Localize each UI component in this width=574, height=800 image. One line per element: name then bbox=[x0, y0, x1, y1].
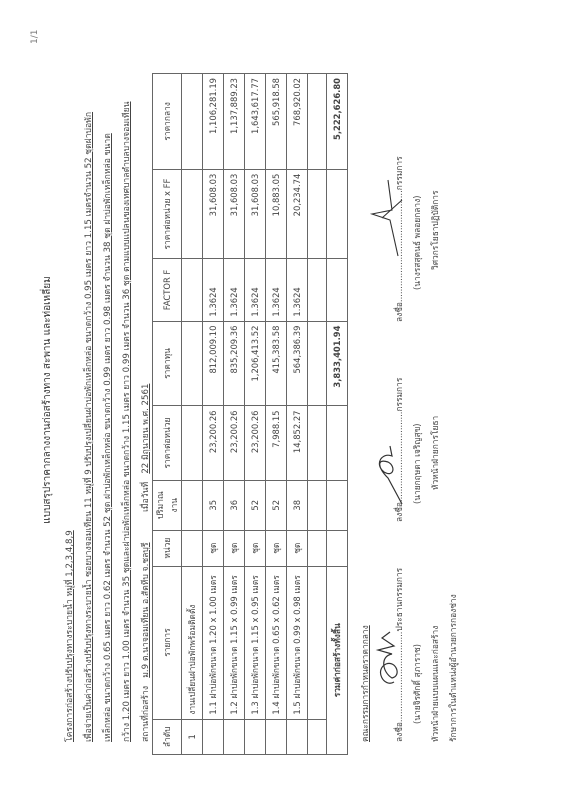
cell-unit-ff: 10,883.05 bbox=[266, 169, 287, 259]
cell-mid-price: 1,643,617.77 bbox=[245, 74, 266, 170]
signer-title-1b: รักษาการในตำแหน่งผู้อำนวยการกองช่าง bbox=[446, 594, 460, 742]
purpose-line-1: เพื่อจ่ายเป็นค่าก่อสร้างปรับปรุงทางระบาย… bbox=[81, 112, 95, 742]
signature-mark-3 bbox=[362, 170, 406, 260]
date-line: เมื่อวันที่ 22 มิถุนายน พ.ศ. 2561 bbox=[138, 384, 152, 512]
cell-desc: 1.1 ฝาบ่อพักขนาด 1.20 x 1.00 เมตร bbox=[203, 566, 224, 719]
cell-qty: 36 bbox=[224, 480, 245, 530]
table-row: 1.5 ฝาบ่อพักขนาด 0.99 x 0.98 เมตรชุด3814… bbox=[287, 74, 308, 755]
cell-unit: ชุด bbox=[203, 530, 224, 566]
cell-qty: 35 bbox=[203, 480, 224, 530]
cell-unit-price: 7,988.15 bbox=[266, 406, 287, 480]
date-label: เมื่อวันที่ bbox=[141, 482, 151, 512]
table-total-row: รวมค่าก่อสร้างทั้งสิ้น3,833,401.945,222,… bbox=[327, 74, 348, 755]
cell-qty: 38 bbox=[287, 480, 308, 530]
cell-unit: ชุด bbox=[266, 530, 287, 566]
row-no bbox=[266, 719, 287, 754]
table-spacer-row bbox=[308, 74, 327, 755]
signer-name-1: (นายจิรศักดิ์ สุภาราช) bbox=[410, 644, 424, 724]
cell-mid-price: 768,920.02 bbox=[287, 74, 308, 170]
project-line: โครงการก่อสร้างปรับปรุงทางระบายน้ำ หมู่ท… bbox=[62, 530, 76, 742]
committee-heading: คณะกรรมการกำหนดราคากลาง bbox=[358, 625, 372, 742]
cell-unit-price: 23,200.26 bbox=[203, 406, 224, 480]
col-header-desc: รายการ bbox=[153, 566, 182, 719]
signature-mark-2 bbox=[368, 428, 408, 508]
table-row: 1.4 ฝาบ่อพักขนาด 0.65 x 0.62 เมตรชุด527,… bbox=[266, 74, 287, 755]
cell-mid-price: 565,918.58 bbox=[266, 74, 287, 170]
total-mid-price: 5,222,626.80 bbox=[327, 74, 348, 170]
cell-desc: 1.3 ฝาบ่อพักขนาด 1.15 x 0.95 เมตร bbox=[245, 566, 266, 719]
signer-title-3: วิศวกรโยธาปฏิบัติการ bbox=[428, 191, 442, 270]
total-cost: 3,833,401.94 bbox=[327, 321, 348, 406]
total-label: รวมค่าก่อสร้างทั้งสิ้น bbox=[327, 566, 348, 754]
cell-cost: 564,386.39 bbox=[287, 321, 308, 406]
cell-factor: 1.3624 bbox=[266, 259, 287, 321]
cell-desc: 1.4 ฝาบ่อพักขนาด 0.65 x 0.62 เมตร bbox=[266, 566, 287, 719]
table-header-row: ลำดับ รายการ หน่วย ปริมาณงาน ราคาต่อหน่ว… bbox=[153, 74, 182, 755]
page-number: 1/1 bbox=[30, 30, 40, 44]
col-header-unit: หน่วย bbox=[153, 530, 182, 566]
row-no bbox=[203, 719, 224, 754]
cell-unit-ff: 31,608.03 bbox=[224, 169, 245, 259]
purpose-line-2: เหล็กหล่อ ขนาดกว้าง 0.65 เมตร ยาว 0.62 เ… bbox=[100, 133, 114, 742]
col-header-unit-ff: ราคาต่อหน่วย x FF bbox=[153, 169, 182, 259]
col-header-mid-price: ราคากลาง bbox=[153, 74, 182, 170]
group-desc: งานเปลี่ยนฝาบ่อพักพร้อมติดตั้ง bbox=[182, 566, 203, 719]
cell-cost: 835,209.36 bbox=[224, 321, 245, 406]
row-no bbox=[287, 719, 308, 754]
cell-cost: 1,206,413.52 bbox=[245, 321, 266, 406]
cell-qty: 52 bbox=[245, 480, 266, 530]
group-no: 1 bbox=[182, 719, 203, 754]
row-no bbox=[224, 719, 245, 754]
cell-unit-ff: 31,608.03 bbox=[203, 169, 224, 259]
cell-qty: 52 bbox=[266, 480, 287, 530]
location-label: สถานที่ก่อสร้าง bbox=[141, 686, 151, 742]
col-header-cost: ราคาทุน bbox=[153, 321, 182, 406]
table-row: 1.2 ฝาบ่อพักขนาด 1.15 x 0.99 เมตรชุด3623… bbox=[224, 74, 245, 755]
cell-factor: 1.3624 bbox=[287, 259, 308, 321]
location-line: สถานที่ก่อสร้าง ม.9 ต.นาจอมเทียน อ.สัตหี… bbox=[138, 543, 152, 743]
cell-factor: 1.3624 bbox=[203, 259, 224, 321]
cell-cost: 812,009.10 bbox=[203, 321, 224, 406]
date-value: 22 มิถุนายน พ.ศ. 2561 bbox=[141, 384, 151, 474]
document-page: 1/1 แบบสรุปราคากลางงานก่อสร้างทาง สะพาน … bbox=[0, 0, 574, 800]
cell-unit: ชุด bbox=[245, 530, 266, 566]
col-header-unit-price: ราคาต่อหน่วย bbox=[153, 406, 182, 480]
cell-cost: 415,383.58 bbox=[266, 321, 287, 406]
cell-factor: 1.3624 bbox=[245, 259, 266, 321]
table-row: 1.3 ฝาบ่อพักขนาด 1.15 x 0.95 เมตรชุด5223… bbox=[245, 74, 266, 755]
cell-unit-price: 23,200.26 bbox=[245, 406, 266, 480]
signer-name-3: (นางรสสุคนธ์ พลอยกลาง) bbox=[410, 196, 424, 290]
cell-desc: 1.5 ฝาบ่อพักขนาด 0.99 x 0.98 เมตร bbox=[287, 566, 308, 719]
cell-factor: 1.3624 bbox=[224, 259, 245, 321]
cell-unit-ff: 31,608.03 bbox=[245, 169, 266, 259]
col-header-qty: ปริมาณงาน bbox=[153, 480, 182, 530]
cell-unit: ชุด bbox=[287, 530, 308, 566]
cell-unit-price: 23,200.26 bbox=[224, 406, 245, 480]
table-row: 1.1 ฝาบ่อพักขนาด 1.20 x 1.00 เมตรชุด3523… bbox=[203, 74, 224, 755]
row-no bbox=[245, 719, 266, 754]
table-group-row: 1 งานเปลี่ยนฝาบ่อพักพร้อมติดตั้ง bbox=[182, 74, 203, 755]
signer-title-1a: หัวหน้าฝ่ายแบบแผนและก่อสร้าง bbox=[428, 626, 442, 742]
purpose-line-3: กว้าง 1.20 เมตร ยาว 1.00 เมตร จำนวน 35 ช… bbox=[119, 101, 133, 742]
cost-estimate-table: ลำดับ รายการ หน่วย ปริมาณงาน ราคาต่อหน่ว… bbox=[152, 73, 348, 755]
cell-unit-price: 14,852.27 bbox=[287, 406, 308, 480]
signer-title-2: หัวหน้าฝ่ายการโยธา bbox=[428, 416, 442, 490]
col-header-factor: FACTOR F bbox=[153, 259, 182, 321]
signature-mark-1 bbox=[372, 610, 406, 690]
cell-unit: ชุด bbox=[224, 530, 245, 566]
document-title: แบบสรุปราคากลางงานก่อสร้างทาง สะพาน และท… bbox=[40, 0, 55, 800]
cell-mid-price: 1,106,281.19 bbox=[203, 74, 224, 170]
signer-name-2: (นายกฤษดา เจริญสุข) bbox=[410, 423, 424, 504]
cell-mid-price: 1,137,889.23 bbox=[224, 74, 245, 170]
location-value: ม.9 ต.นาจอมเทียน อ.สัตหีบ จ.ชลบุรี bbox=[141, 543, 151, 678]
cell-unit-ff: 20,234.74 bbox=[287, 169, 308, 259]
cell-desc: 1.2 ฝาบ่อพักขนาด 1.15 x 0.99 เมตร bbox=[224, 566, 245, 719]
col-header-no: ลำดับ bbox=[153, 719, 182, 754]
